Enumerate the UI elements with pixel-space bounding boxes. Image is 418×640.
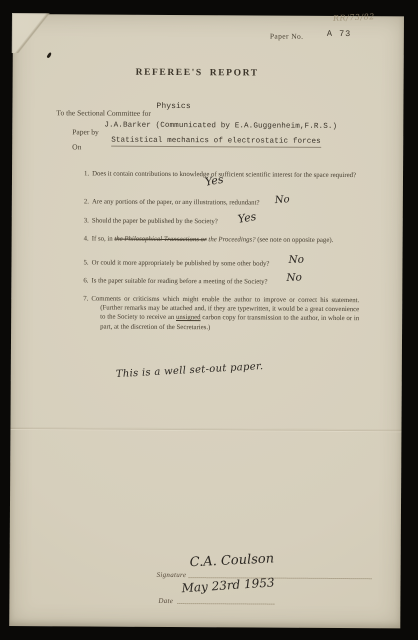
question-5-number: 5. [83, 259, 91, 266]
question-2-text: Are any portions of the paper, or any il… [92, 198, 260, 206]
question-4-number: 4. [84, 235, 92, 242]
scanned-document-background: { "page": { "archive_mark": "RR/73/82", … [0, 0, 418, 640]
question-7: 7.Comments or criticisms which might ena… [83, 294, 359, 332]
date-label: Date [158, 597, 173, 605]
paper-on-row: On Statistical mechanics of electrostati… [72, 136, 81, 154]
paper-by-label: Paper by [72, 127, 99, 136]
handwritten-answer-6: No [286, 272, 302, 284]
question-4-italic-text: the Proceedings? [207, 236, 256, 243]
paper-by-value: J.A.Barker (Communicated by E.A.Guggenhe… [104, 122, 337, 131]
question-3-number: 3. [84, 217, 92, 224]
question-7-number: 7. [83, 295, 91, 302]
handwritten-answer-5: No [288, 254, 304, 266]
fold-crease [10, 427, 401, 432]
committee-label: To the Sectional Committee for [56, 108, 151, 118]
question-1-text: Does it contain contributions to knowled… [92, 170, 356, 179]
document-page: RR/73/82 Paper No. A 73 REFEREE'S REPORT… [9, 14, 404, 628]
question-5: 5.Or could it more appropriately be publ… [83, 258, 359, 269]
question-3-text: Should the paper be published by the Soc… [92, 217, 218, 225]
signature-label: Signature [157, 571, 187, 579]
page-title: REFEREE'S REPORT [13, 67, 382, 79]
paper-no-value: A 73 [327, 29, 351, 39]
question-1-number: 1. [84, 170, 92, 177]
question-4-text-end: (see note on opposite page). [256, 236, 334, 243]
question-2: 2.Are any portions of the paper, or any … [84, 197, 360, 208]
paper-on-value: Statistical mechanics of electrostatic f… [111, 137, 321, 148]
paper-no-label: Paper No. [270, 32, 304, 41]
committee-value: Physics [156, 102, 190, 111]
question-7-underlined-text: unsigned [176, 314, 201, 321]
handwritten-answer-1: Yes [204, 173, 224, 189]
question-6: 6.Is the paper suitable for reading befo… [83, 276, 359, 287]
question-4-text: If so, in [92, 235, 115, 242]
question-2-number: 2. [84, 198, 92, 205]
question-5-text: Or could it more appropriately be publis… [92, 259, 270, 267]
handwritten-comment: This is a well set-out paper. [116, 361, 264, 380]
committee-row: To the Sectional Committee for Physics [56, 102, 151, 121]
paper-on-label: On [72, 142, 81, 151]
question-6-number: 6. [83, 277, 91, 284]
page-corner-fold [12, 13, 56, 53]
question-6-text: Is the paper suitable for reading before… [91, 277, 267, 285]
handwritten-answer-2: No [275, 194, 290, 206]
archive-mark: RR/73/82 [333, 12, 375, 23]
question-4-struck-text: the Philosophical Transactions or [114, 236, 206, 244]
question-3: 3.Should the paper be published by the S… [84, 216, 360, 227]
question-4: 4.If so, in the Philosophical Transactio… [84, 234, 360, 245]
